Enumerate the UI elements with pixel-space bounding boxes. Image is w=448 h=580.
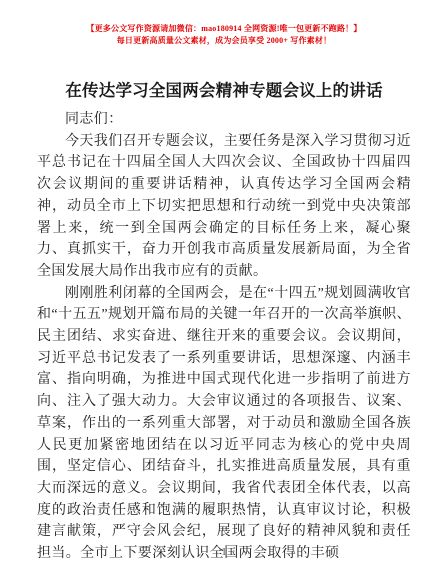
document-body: 同志们： 今天我们召开专题会议，主要任务是深入学习贯彻习近平总书记在十四届全国人… bbox=[0, 109, 448, 565]
notice-line-1: 【更多公文写作资源请加微信：mao180914 全网资源!唯一包更新不跑路！】 bbox=[0, 22, 448, 35]
page-number: 1 bbox=[0, 546, 448, 558]
notice-line-2: 每日更新高质量公文素材，成为会员享受 2000+ 写作素材！ bbox=[0, 35, 448, 47]
document-page: 【更多公文写作资源请加微信：mao180914 全网资源!唯一包更新不跑路！】 … bbox=[0, 0, 448, 580]
paragraph: 今天我们召开专题会议，主要任务是深入学习贯彻习近平总书记在十四届全国人大四次会议… bbox=[37, 131, 411, 283]
paragraph: 刚刚胜利闭幕的全国两会，是在“十四五”规划圆满收官和“十五五”规划开篇布局的关键… bbox=[37, 283, 411, 565]
document-title: 在传达学习全国两会精神专题会议上的讲话 bbox=[20, 80, 428, 102]
header-notice: 【更多公文写作资源请加微信：mao180914 全网资源!唯一包更新不跑路！】 … bbox=[0, 0, 448, 47]
salutation: 同志们： bbox=[37, 109, 411, 131]
